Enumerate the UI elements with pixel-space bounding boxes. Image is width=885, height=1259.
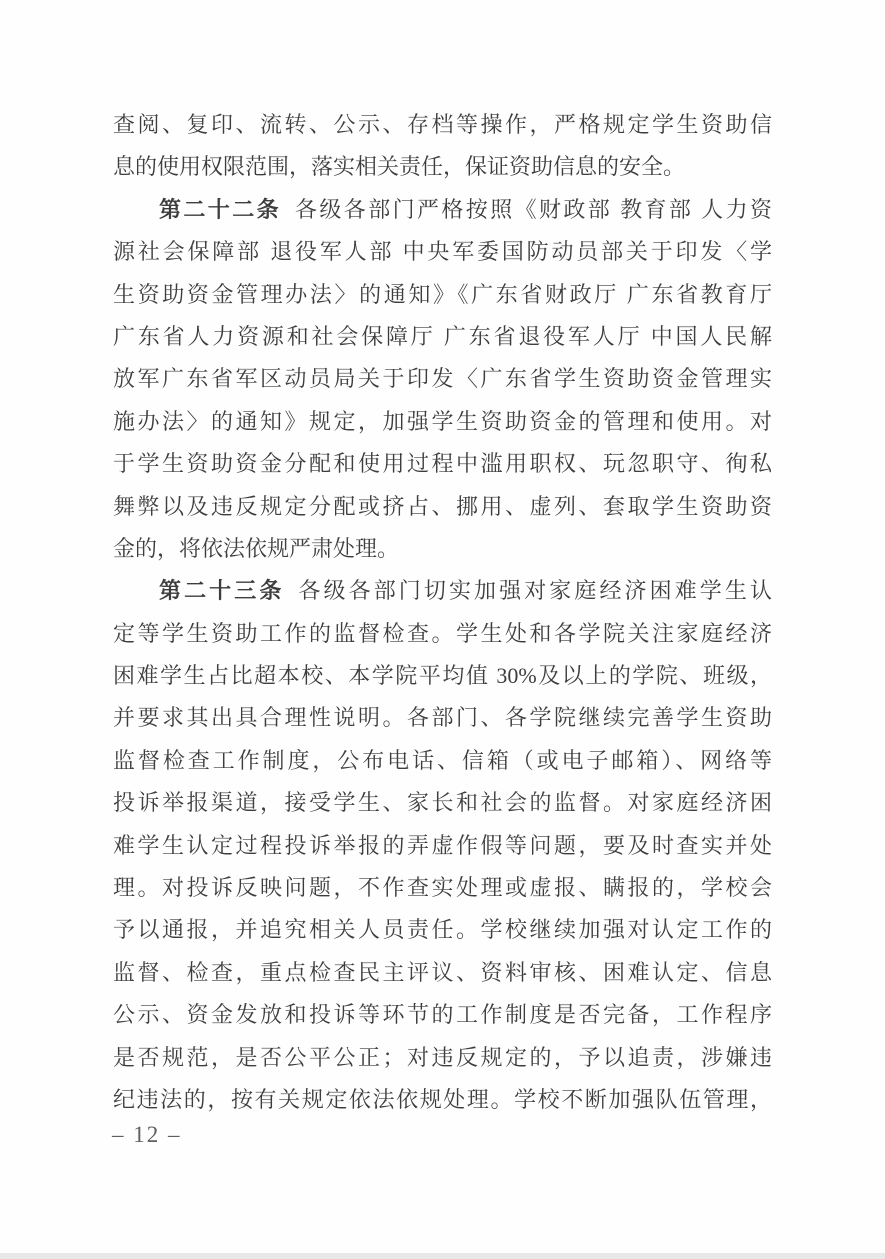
text-line: 于学生资助资金分配和使用过程中滥用职权、玩忽职守、徇私 xyxy=(113,443,772,485)
text-line: 予以通报，并追究相关人员责任。学校继续加强对认定工作的 xyxy=(113,909,772,951)
text-line: 理。对投诉反映问题，不作查实处理或虚报、瞒报的，学校会 xyxy=(113,867,772,909)
line-text: 各级各部门切实加强对家庭经济困难学生认 xyxy=(298,578,772,603)
text-line: 源社会保障部 退役军人部 中央军委国防动员部关于印发〈学 xyxy=(113,231,772,273)
document-page: 查阅、复印、流转、公示、存档等操作，严格规定学生资助信 息的使用权限范围，落实相… xyxy=(0,0,885,1259)
article-22-first-line: 第二十二条各级各部门严格按照《财政部 教育部 人力资 xyxy=(113,189,772,231)
page-number: – 12 – xyxy=(112,1120,182,1150)
article-23-first-line: 第二十三条各级各部门切实加强对家庭经济困难学生认 xyxy=(113,570,772,612)
text-line: 并要求其出具合理性说明。各部门、各学院继续完善学生资助 xyxy=(113,697,772,739)
text-line: 放军广东省军区动员局关于印发〈广东省学生资助资金管理实 xyxy=(113,358,772,400)
text-line: 投诉举报渠道，接受学生、家长和社会的监督。对家庭经济困 xyxy=(113,782,772,824)
article-22-number: 第二十二条 xyxy=(159,197,281,222)
text-line: 息的使用权限范围，落实相关责任，保证资助信息的安全。 xyxy=(113,146,772,188)
text-line: 广东省人力资源和社会保障厅 广东省退役军人厅 中国人民解 xyxy=(113,316,772,358)
text-line: 困难学生占比超本校、本学院平均值 30%及以上的学院、班级， xyxy=(113,655,772,697)
text-line: 定等学生资助工作的监督检查。学生处和各学院关注家庭经济 xyxy=(113,613,772,655)
text-line: 监督、检查，重点检查民主评议、资料审核、困难认定、信息 xyxy=(113,952,772,994)
text-line: 公示、资金发放和投诉等环节的工作制度是否完备，工作程序 xyxy=(113,994,772,1036)
text-line: 难学生认定过程投诉举报的弄虚作假等问题，要及时查实并处 xyxy=(113,825,772,867)
article-23-number: 第二十三条 xyxy=(159,578,284,603)
text-line: 查阅、复印、流转、公示、存档等操作，严格规定学生资助信 xyxy=(113,104,772,146)
text-line: 施办法〉的通知》规定，加强学生资助资金的管理和使用。对 xyxy=(113,401,772,443)
line-text: 各级各部门严格按照《财政部 教育部 人力资 xyxy=(295,197,772,222)
text-line: 监督检查工作制度，公布电话、信箱（或电子邮箱）、网络等 xyxy=(113,740,772,782)
text-line: 生资助资金管理办法〉的通知》《广东省财政厅 广东省教育厅 xyxy=(113,274,772,316)
document-body-text: 查阅、复印、流转、公示、存档等操作，严格规定学生资助信 息的使用权限范围，落实相… xyxy=(113,104,772,1121)
text-line: 舞弊以及违反规定分配或挤占、挪用、虚列、套取学生资助资 xyxy=(113,486,772,528)
text-line: 是否规范，是否公平公正；对违反规定的，予以追责，涉嫌违 xyxy=(113,1037,772,1079)
text-line: 纪违法的，按有关规定依法依规处理。学校不断加强队伍管理， xyxy=(113,1079,772,1121)
text-line: 金的，将依法依规严肃处理。 xyxy=(113,528,772,570)
scan-bottom-edge xyxy=(0,1253,885,1259)
